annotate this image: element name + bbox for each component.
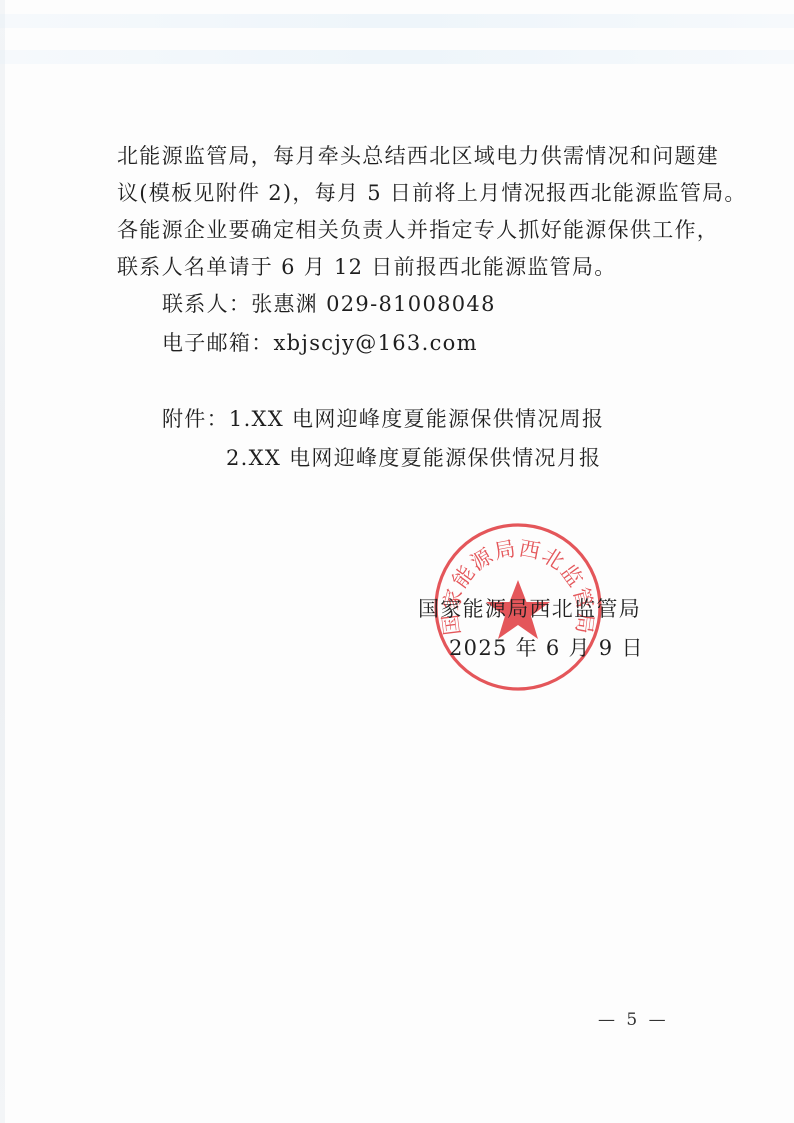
paragraph-line: 联系人名单请于 6 月 12 日前报西北能源监管局。 bbox=[117, 254, 617, 280]
attachment-item-1: 1.XX 电网迎峰度夏能源保供情况周报 bbox=[229, 407, 604, 431]
email-line: 电子邮箱：xbjscjy@163.com bbox=[162, 330, 478, 356]
paragraph-line: 各能源企业要确定相关负责人并指定专人抓好能源保供工作， bbox=[117, 217, 719, 243]
email-address[interactable]: xbjscjy@163.com bbox=[274, 331, 478, 355]
attachments-line: 附件：1.XX 电网迎峰度夏能源保供情况周报 bbox=[162, 406, 604, 432]
scan-bleed-band bbox=[0, 14, 794, 28]
contact-label: 联系人： bbox=[162, 292, 251, 316]
paragraph-line: 议(模板见附件 2)，每月 5 日前将上月情况报西北能源监管局。 bbox=[117, 180, 747, 206]
signature-organization: 国家能源局西北监管局 bbox=[418, 596, 641, 622]
contact-name: 张惠渊 bbox=[251, 292, 318, 316]
contact-phone: 029-81008048 bbox=[326, 292, 496, 316]
document-page: 北能源监管局，每月牵头总结西北区域电力供需情况和问题建 议(模板见附件 2)，每… bbox=[0, 0, 794, 1123]
attachments-label: 附件： bbox=[162, 407, 229, 431]
page-number: — 5 — bbox=[598, 1010, 669, 1030]
paragraph-line: 北能源监管局，每月牵头总结西北区域电力供需情况和问题建 bbox=[117, 143, 719, 169]
scan-edge bbox=[0, 0, 5, 1123]
signature-date: 2025 年 6 月 9 日 bbox=[449, 635, 644, 661]
email-label: 电子邮箱： bbox=[162, 331, 274, 355]
attachment-item-2: 2.XX 电网迎峰度夏能源保供情况月报 bbox=[226, 445, 601, 471]
contact-line: 联系人：张惠渊 029-81008048 bbox=[162, 291, 496, 317]
scan-bleed-band bbox=[0, 50, 794, 64]
